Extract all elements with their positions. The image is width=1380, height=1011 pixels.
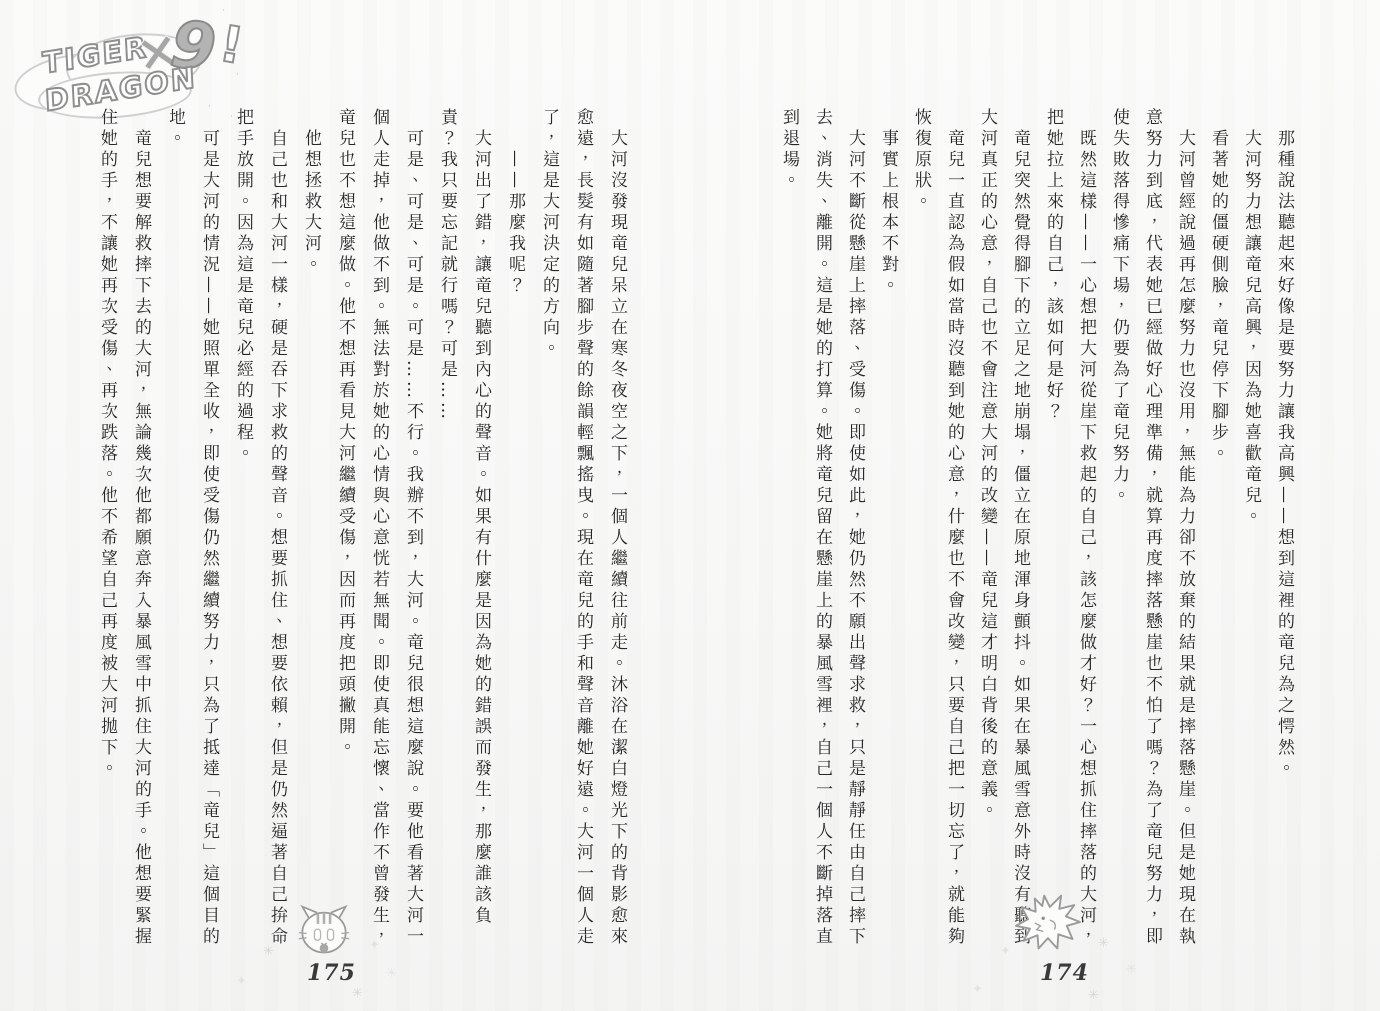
paragraph: 看著她的僵硬側臉，竜兒停下腳步。 [1201,108,1234,950]
paragraph: 大河沒發現竜兒呆立在寒冬夜空之下，一個人繼續往前走。沐浴在潔白燈光下的背影愈來愈… [532,108,634,950]
paragraph: ——那麼我呢？ [498,108,532,950]
sparkle-icon: ✳ [1088,988,1099,1003]
paragraph: 大河不斷從懸崖上摔落、受傷。即使如此，她仍然不願出聲求救，只是靜靜任由自己摔下去… [772,108,871,950]
logo-exclamation-text: ! [215,14,248,75]
page-175-text-block: 大河沒發現竜兒呆立在寒冬夜空之下，一個人繼續往前走。沐浴在潔白燈光下的背影愈來愈… [90,108,634,950]
paragraph: 自己也和大河一樣，硬是吞下求救的聲音。想要抓住、想要依賴，但是仍然逼著自己拚命把… [226,108,294,950]
sparkle-icon: ✦ [236,974,247,989]
sparkle-icon: ✳ [1126,962,1137,977]
sparkle-icon: ✳ [263,944,274,959]
page-number: 175 [307,960,356,986]
sparkle-icon: ✳ [386,966,397,981]
paragraph: 可是、可是、可是。可是……不行。我辦不到，大河。竜兒很想這麼說。要他看著大河一個… [328,108,430,950]
paragraph: 竜兒突然覺得腳下的立足之地崩塌，僵立在原地渾身顫抖。如果在暴風雪意外時沒有聽到大… [970,108,1036,950]
paragraph: 竜兒想要解救摔下去的大河，無論幾次他都願意奔入暴風雪中抓住大河的手。他想要緊握住… [90,108,158,950]
dragon-mascot-icon [1012,890,1082,960]
paragraph: 既然這樣——一心想把大河從崖下救起的自己，該怎麼做才好？一心想抓住摔落的大河，把… [1036,108,1102,950]
cat-mascot-icon [298,903,350,961]
paragraph: 大河曾經說過再怎麼努力也沒用，無能為力卻不放棄的結果就是摔落懸崖。但是她現在執意… [1102,108,1201,950]
paragraph: 可是大河的情況——她照單全收，即使受傷仍然繼續努力，只為了抵達「竜兒」這個目的地… [158,108,226,950]
sparkle-icon: · [204,18,207,28]
paragraph: 大河出了錯，讓竜兒聽到內心的聲音。如果有什麼是因為她的錯誤而發生，那麼誰該負責？… [430,108,498,950]
paragraph: 事實上根本不對。 [871,108,904,950]
paragraph: 大河努力想讓竜兒高興，因為她喜歡竜兒。 [1234,108,1267,950]
paragraph: 他想拯救大河。 [294,108,328,950]
paragraph: 竜兒一直認為假如當時沒聽到她的心意，什麼也不會改變，只要自己把一切忘了，就能夠恢… [904,108,970,950]
sparkle-icon: ✦ [972,982,983,997]
page-number: 174 [1040,960,1089,986]
sparkle-icon: · [236,70,239,80]
sparkle-icon: ✳ [352,986,363,1001]
sparkle-icon: ✦ [1000,944,1011,959]
paragraph: 那種說法聽起來好像是要努力讓我高興——想到這裡的竜兒為之愕然。 [1267,108,1300,950]
sparkle-icon: ✦ [369,938,380,953]
page-174-text-block: 那種說法聽起來好像是要努力讓我高興——想到這裡的竜兒為之愕然。 大河努力想讓竜兒… [772,108,1300,950]
sparkle-icon: ✳ [1098,936,1109,951]
scanned-book-spread: TIGER × 9 ! DRAGON · · · · · 那種說法聽起來好像是要… [0,0,1380,1011]
sparkle-icon: · [222,6,225,16]
